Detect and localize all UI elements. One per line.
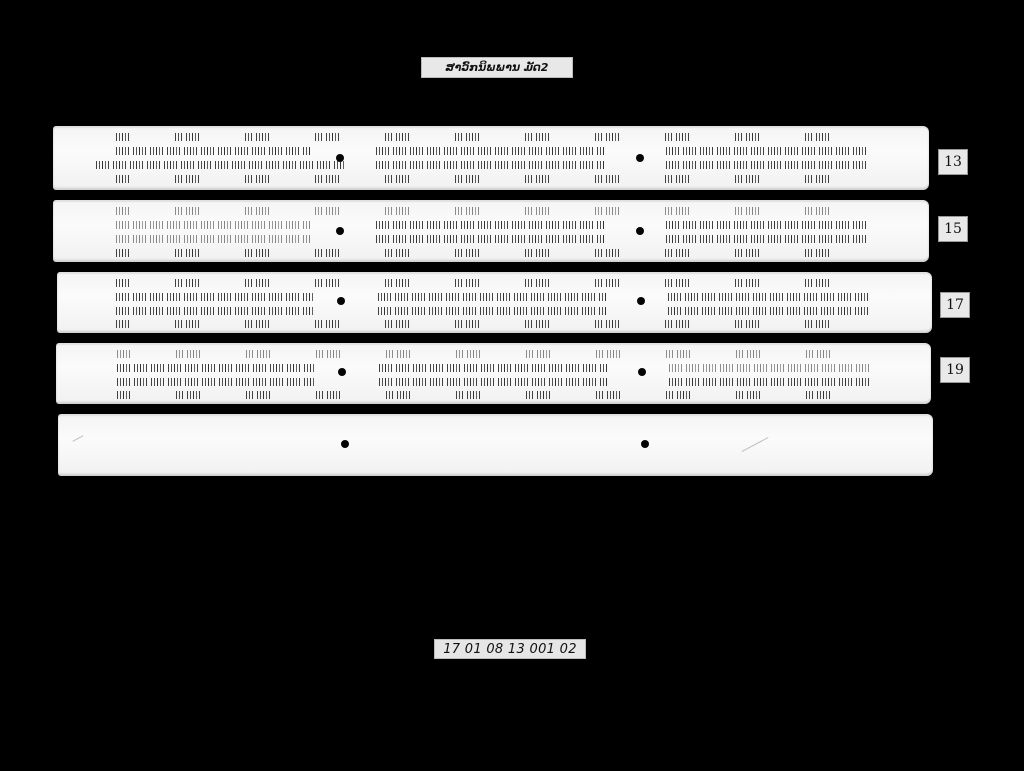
binding-hole	[636, 227, 644, 235]
text-line	[115, 291, 315, 303]
text-line	[377, 305, 607, 317]
binding-hole	[637, 297, 645, 305]
text-line	[116, 362, 316, 374]
binding-hole	[638, 368, 646, 376]
text-line	[375, 219, 605, 231]
text-line	[115, 318, 872, 330]
catalog-number-label: 17 01 08 13 001 02	[434, 639, 586, 659]
text-line	[115, 247, 870, 259]
binding-hole	[336, 154, 344, 162]
binding-hole	[636, 154, 644, 162]
text-line	[115, 219, 310, 231]
binding-hole	[341, 440, 349, 448]
pencil-mark	[742, 437, 769, 452]
binding-hole	[337, 297, 345, 305]
page-number-19: 19	[940, 357, 970, 383]
page-number-15: 15	[938, 216, 968, 242]
binding-hole	[336, 227, 344, 235]
text-line	[115, 173, 870, 185]
text-line	[375, 145, 605, 157]
text-line	[667, 305, 872, 317]
palm-leaf-5-blank	[58, 414, 933, 476]
text-line	[116, 348, 871, 360]
text-line	[95, 159, 345, 171]
text-line	[375, 159, 605, 171]
text-line	[115, 305, 315, 317]
text-line	[375, 233, 605, 245]
binding-hole	[338, 368, 346, 376]
text-line	[668, 376, 873, 388]
page-number-13: 13	[938, 149, 968, 175]
text-line	[665, 219, 870, 231]
text-line	[378, 362, 608, 374]
text-line	[378, 376, 608, 388]
text-line	[668, 362, 873, 374]
page-number-17: 17	[940, 292, 970, 318]
text-line	[116, 389, 873, 401]
text-line	[115, 145, 310, 157]
palm-leaf-3	[57, 272, 932, 333]
text-line	[665, 233, 870, 245]
text-line	[115, 205, 870, 217]
binding-hole	[641, 440, 649, 448]
text-line	[665, 145, 870, 157]
text-line	[665, 159, 870, 171]
text-line	[377, 291, 607, 303]
text-line	[115, 277, 870, 289]
pencil-mark	[72, 435, 83, 442]
text-line	[115, 233, 310, 245]
text-line	[115, 131, 870, 143]
text-line	[116, 376, 316, 388]
palm-leaf-2	[53, 200, 929, 262]
text-line	[667, 291, 872, 303]
title-label: ສາວົກນິພພານ ມັດ2	[421, 57, 573, 78]
palm-leaf-4	[56, 343, 931, 404]
palm-leaf-1	[53, 126, 929, 190]
